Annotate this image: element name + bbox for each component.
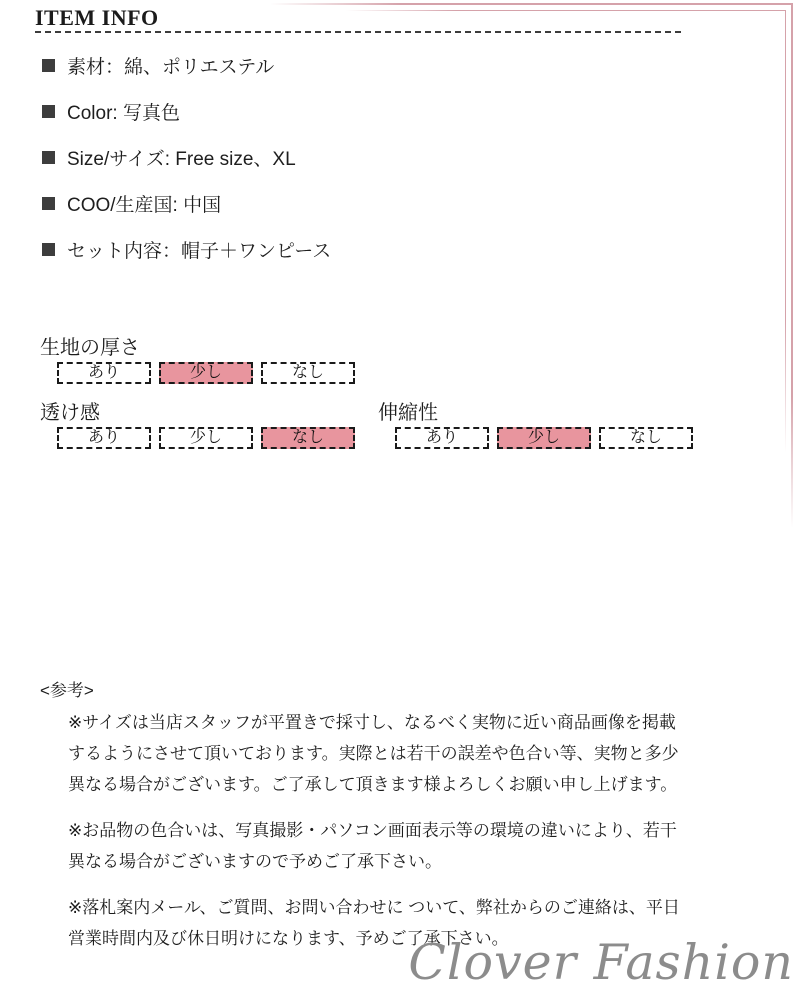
bullet-square-icon: [42, 59, 55, 72]
item-info-page: ITEM INFO 素材：綿、ポリエステル Color: 写真色 Size/サイ…: [0, 0, 800, 1000]
spec-label-fabric-thickness: 生地の厚さ: [40, 331, 140, 360]
spec-option: あり: [57, 427, 151, 449]
item-text: Size/サイズ: Free size、XL: [67, 144, 296, 171]
list-item: Size/サイズ: Free size、XL: [42, 147, 331, 168]
page-title: ITEM INFO: [35, 5, 159, 31]
spec-options-fabric-thickness: あり 少し なし: [57, 362, 355, 384]
brand-logo: Clover Fashion: [408, 934, 794, 991]
bullet-square-icon: [42, 197, 55, 210]
title-divider: [35, 31, 681, 33]
item-text: Color: 写真色: [67, 98, 180, 125]
spec-option: あり: [395, 427, 489, 449]
list-item: 素材：綿、ポリエステル: [42, 55, 331, 76]
frame-line-outer-right: [791, 3, 793, 528]
item-text: COO/生産国: 中国: [67, 190, 221, 217]
item-text: 素材：綿、ポリエステル: [67, 52, 274, 79]
spec-label-sheerness: 透け感: [40, 396, 100, 425]
bullet-square-icon: [42, 105, 55, 118]
reference-paragraph: ※お品物の色合いは、写真撮影・パソコン画面表示等の環境の違いにより、若干異なる場…: [68, 815, 692, 877]
spec-option: 少し: [497, 427, 591, 449]
frame-line-outer-top: [270, 3, 793, 5]
item-text: セット内容：帽子＋ワンピース: [67, 236, 331, 263]
bullet-square-icon: [42, 243, 55, 256]
spec-option: あり: [57, 362, 151, 384]
spec-option: なし: [599, 427, 693, 449]
spec-options-sheerness: あり 少し なし: [57, 427, 355, 449]
spec-option: 少し: [159, 427, 253, 449]
spec-option: なし: [261, 427, 355, 449]
frame-line-inner-right: [785, 10, 786, 453]
list-item: Color: 写真色: [42, 101, 331, 122]
frame-line-inner-top: [346, 10, 786, 11]
reference-paragraph: ※サイズは当店スタッフが平置きで採寸し、なるべく実物に近い商品画像を掲載するよう…: [68, 707, 692, 800]
spec-label-stretchiness: 伸縮性: [378, 396, 438, 425]
list-item: COO/生産国: 中国: [42, 193, 331, 214]
spec-options-stretchiness: あり 少し なし: [395, 427, 693, 449]
reference-paragraphs: ※サイズは当店スタッフが平置きで採寸し、なるべく実物に近い商品画像を掲載するよう…: [68, 707, 692, 954]
list-item: セット内容：帽子＋ワンピース: [42, 239, 331, 260]
reference-title: <参考>: [40, 676, 94, 701]
spec-option: 少し: [159, 362, 253, 384]
spec-option: なし: [261, 362, 355, 384]
item-info-list: 素材：綿、ポリエステル Color: 写真色 Size/サイズ: Free si…: [42, 55, 331, 285]
bullet-square-icon: [42, 151, 55, 164]
